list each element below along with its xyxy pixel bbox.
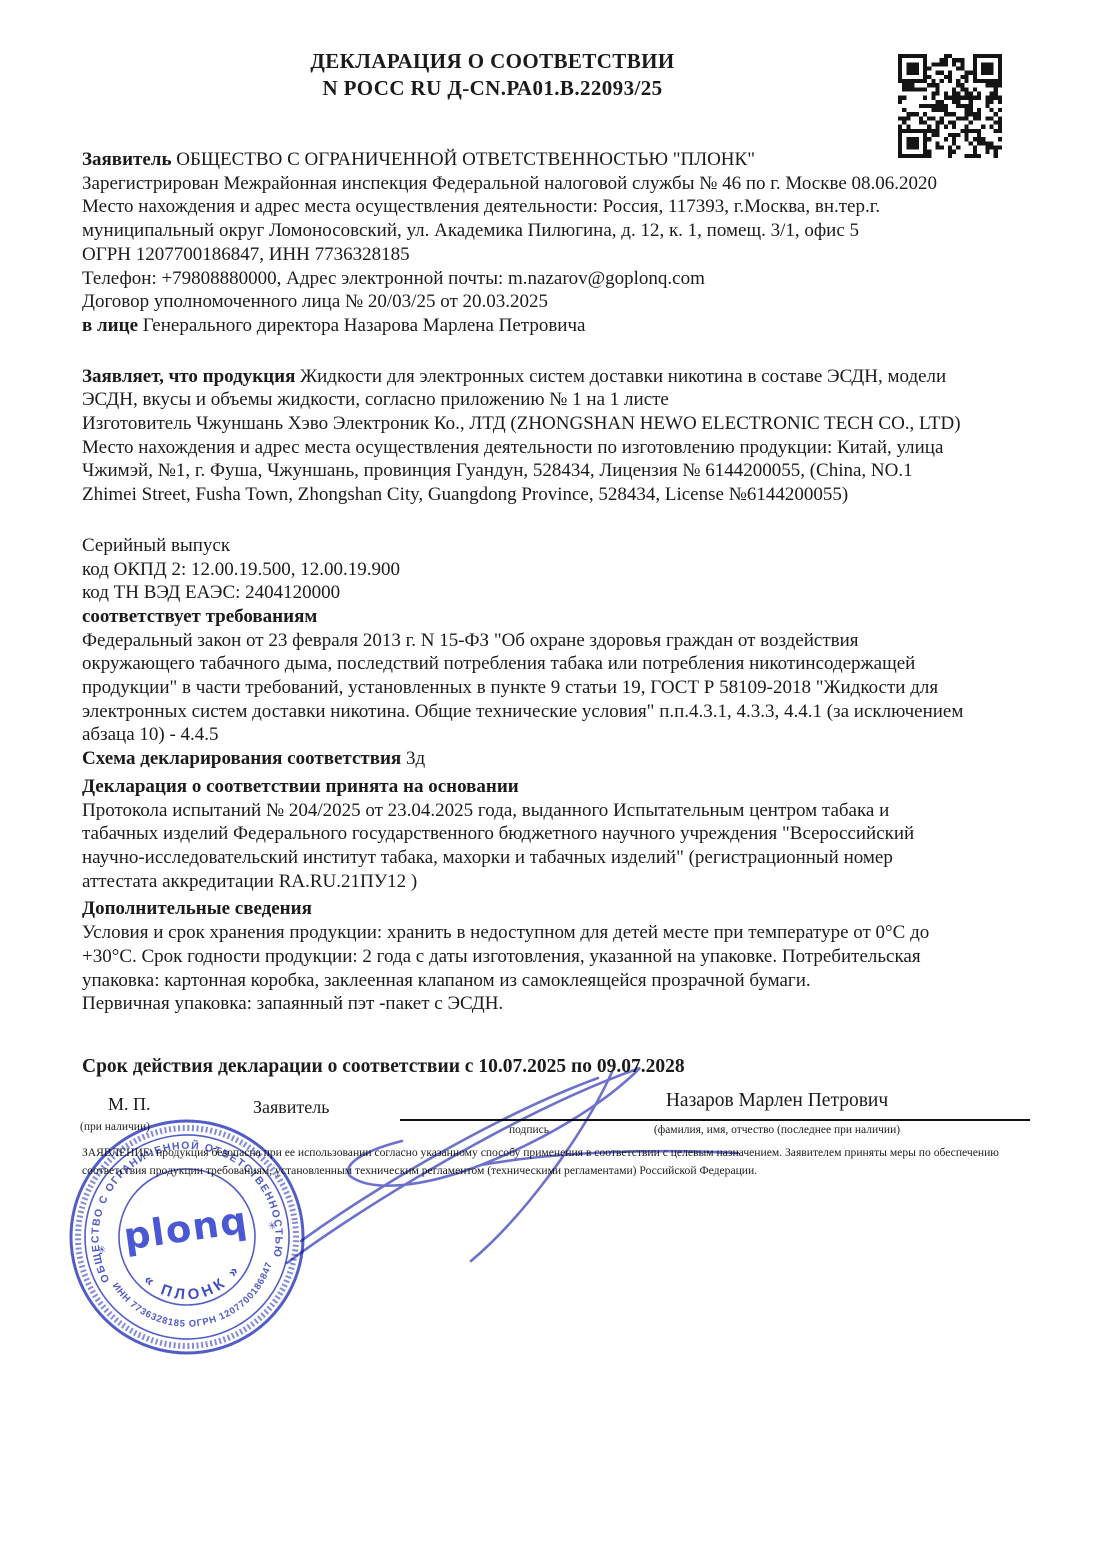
text-line: окружающего табачного дыма, последствий …: [82, 652, 1042, 676]
text-line: Телефон: +79808880000, Адрес электронной…: [82, 267, 1042, 291]
text-line: Место нахождения и адрес места осуществл…: [82, 436, 1042, 460]
stamp-company-name: « ПЛОНК »: [139, 1258, 248, 1310]
text-line: Изготовитель Чжуншань Хэво Электроник Ко…: [82, 412, 1042, 436]
svg-text:« ПЛОНК »: « ПЛОНК »: [139, 1258, 248, 1310]
text-line: электронных систем доставки никотина. Об…: [82, 700, 1042, 724]
text-line: муниципальный округ Ломоносовский, ул. А…: [82, 219, 1042, 243]
qr-code-icon: [898, 54, 1002, 158]
declarant-name: Назаров Марлен Петрович: [632, 1090, 922, 1112]
text-line: аттестата аккредитации RA.RU.21ПУ12 ): [82, 870, 1042, 894]
document-title: ДЕКЛАРАЦИЯ О СООТВЕТСТВИИ N РОСС RU Д-CN…: [0, 48, 985, 102]
stamp-separator-icon: ✳: [97, 1244, 107, 1256]
title-line-2: N РОСС RU Д-CN.РА01.В.22093/25: [0, 75, 985, 102]
document-page: ДЕКЛАРАЦИЯ О СООТВЕТСТВИИ N РОСС RU Д-CN…: [0, 0, 1100, 1557]
signature-line: [400, 1119, 658, 1121]
stamp-logo: plonq: [121, 1199, 251, 1259]
text-line: код ТН ВЭД ЕАЭС: 2404120000: [82, 581, 1042, 605]
text-line: Серийный выпуск: [82, 534, 1042, 558]
text-line: Заявляет, что продукция Жидкости для эле…: [82, 365, 1042, 389]
stamp-separator-icon: ✳: [267, 1220, 277, 1232]
text-line: Условия и срок хранения продукции: храни…: [82, 921, 1042, 945]
text-line: абзаца 10) - 4.4.5: [82, 723, 1042, 747]
text-line: Дополнительные сведения: [82, 897, 1042, 921]
document-body: Заявитель ОБЩЕСТВО С ОГРАНИЧЕННОЙ ОТВЕТС…: [82, 148, 1042, 1016]
text-line: Заявитель ОБЩЕСТВО С ОГРАНИЧЕННОЙ ОТВЕТС…: [82, 148, 1042, 172]
text-line: ЭСДН, вкусы и объемы жидкости, согласно …: [82, 388, 1042, 412]
text-line: Zhimei Street, Fusha Town, Zhongshan Cit…: [82, 483, 1042, 507]
name-caption: (фамилия, имя, отчество (последнее при н…: [632, 1124, 922, 1136]
text-line: код ОКПД 2: 12.00.19.500, 12.00.19.900: [82, 558, 1042, 582]
text-line: Схема декларирования соответствия 3д: [82, 747, 1042, 771]
text-line: Договор уполномоченного лица № 20/03/25 …: [82, 290, 1042, 314]
title-line-1: ДЕКЛАРАЦИЯ О СООТВЕТСТВИИ: [0, 48, 985, 75]
name-line: [640, 1119, 1030, 1121]
text-line: табачных изделий Федерального государств…: [82, 822, 1042, 846]
signature-caption: подпись: [400, 1124, 658, 1136]
text-section: Серийный выпусккод ОКПД 2: 12.00.19.500,…: [82, 534, 1042, 1016]
text-line: упаковка: картонная коробка, заклеенная …: [82, 969, 1042, 993]
text-line: Первичная упаковка: запаянный пэт -пакет…: [82, 992, 1042, 1016]
text-section: Заявляет, что продукция Жидкости для эле…: [82, 365, 1042, 507]
text-line: Зарегистрирован Межрайонная инспекция Фе…: [82, 172, 1042, 196]
text-line: Чжимэй, №1, г. Фуша, Чжуншань, провинция…: [82, 459, 1042, 483]
text-line: Федеральный закон от 23 февраля 2013 г. …: [82, 629, 1042, 653]
validity-line: Срок действия декларации о соответствии …: [82, 1056, 1042, 1078]
text-section: Заявитель ОБЩЕСТВО С ОГРАНИЧЕННОЙ ОТВЕТС…: [82, 148, 1042, 338]
text-line: Место нахождения и адрес места осуществл…: [82, 195, 1042, 219]
text-line: продукции" в части требований, установле…: [82, 676, 1042, 700]
company-stamp: ОБЩЕСТВО С ОГРАНИЧЕННОЙ ОТВЕТСТВЕННОСТЬЮ…: [62, 1112, 312, 1362]
text-line: Декларация о соответствии принята на осн…: [82, 775, 1042, 799]
text-line: соответствует требованиям: [82, 605, 1042, 629]
text-line: Протокола испытаний № 204/2025 от 23.04.…: [82, 799, 1042, 823]
text-line: в лице Генерального директора Назарова М…: [82, 314, 1042, 338]
text-line: +30°C. Срок годности продукции: 2 года с…: [82, 945, 1042, 969]
text-line: ОГРН 1207700186847, ИНН 7736328185: [82, 243, 1042, 267]
text-line: научно-исследовательский институт табака…: [82, 846, 1042, 870]
